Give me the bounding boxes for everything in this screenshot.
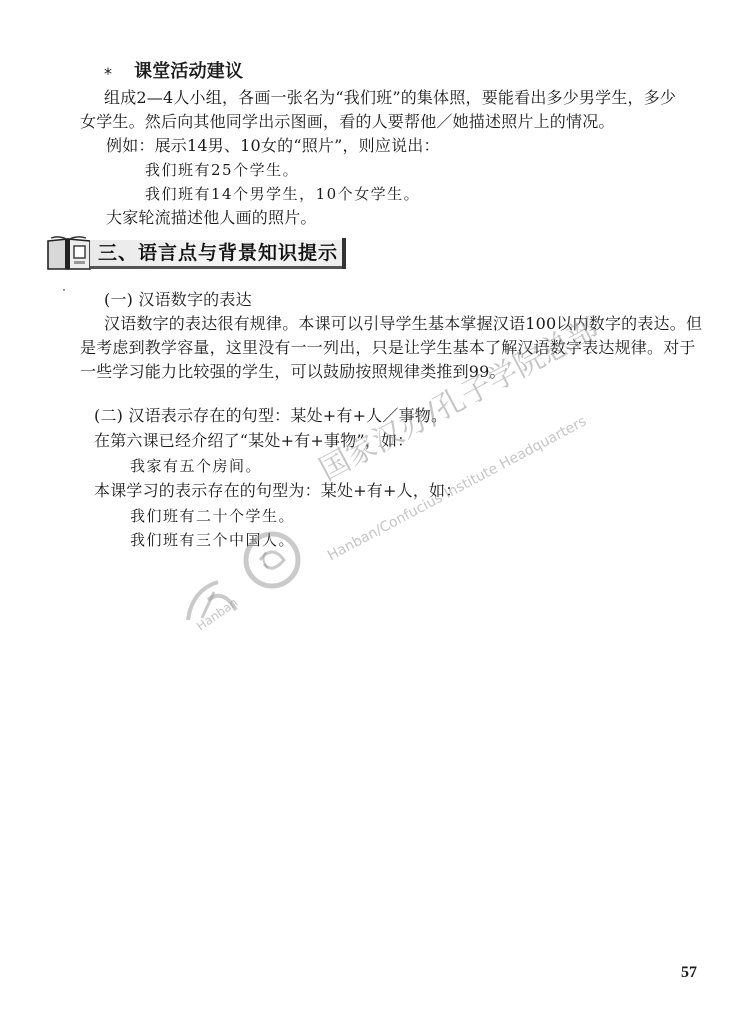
point1-line-3: 一些学习能力比较强的学生，可以鼓励按照规律类推到99。 [80,361,506,383]
point2-example-3: 我们班有三个中国人。 [130,529,295,551]
scan-speck [63,289,65,291]
activity-example-2: 我们班有14个男学生，10个女学生。 [145,183,420,205]
activity-marker: * [104,64,112,83]
point1-heading: (一) 汉语数字的表达 [104,289,252,311]
section-title: 三、语言点与背景知识提示 [98,240,338,266]
point2-intro-1: 在第六课已经介绍了“某处+有+事物”，如： [94,430,413,452]
point2-heading: (二) 汉语表示存在的句型：某处+有+人／事物。 [94,405,447,427]
point1-line-1: 汉语数字的表达很有规律。本课可以引导学生基本掌握汉语100以内数字的表达。但 [104,313,702,335]
activity-example-intro: 例如：展示14男、10女的“照片”，则应说出： [106,135,440,157]
activity-paragraph-line-1: 组成2—4人小组，各画一张名为“我们班”的集体照，要能看出多少男学生，多少 [104,87,676,109]
activity-example-1: 我们班有25个学生。 [145,159,299,181]
point1-line-2: 是考虑到教学容量，这里没有一一列出，只是让学生基本了解汉语数字表达规律。对于 [80,337,696,359]
point2-example-2: 我们班有二十个学生。 [130,505,295,527]
activity-heading: 课堂活动建议 [134,61,243,83]
page-number: 57 [681,964,697,982]
hanban-logo-icon [178,570,248,630]
book-icon [46,236,94,272]
point2-example-1: 我家有五个房间。 [130,455,262,477]
watermark-logo-text: Hanban [194,595,240,633]
activity-closing: 大家轮流描述他人画的照片。 [106,207,317,229]
document-page: * 课堂活动建议 组成2—4人小组，各画一张名为“我们班”的集体照，要能看出多少… [0,0,742,1024]
section-banner: 三、语言点与背景知识提示 [46,236,346,272]
point2-intro-2: 本课学习的表示存在的句型为：某处+有+人，如： [94,480,461,502]
activity-paragraph-line-2: 女学生。然后向其他同学出示图画，看的人要帮他／她描述照片上的情况。 [80,111,615,133]
